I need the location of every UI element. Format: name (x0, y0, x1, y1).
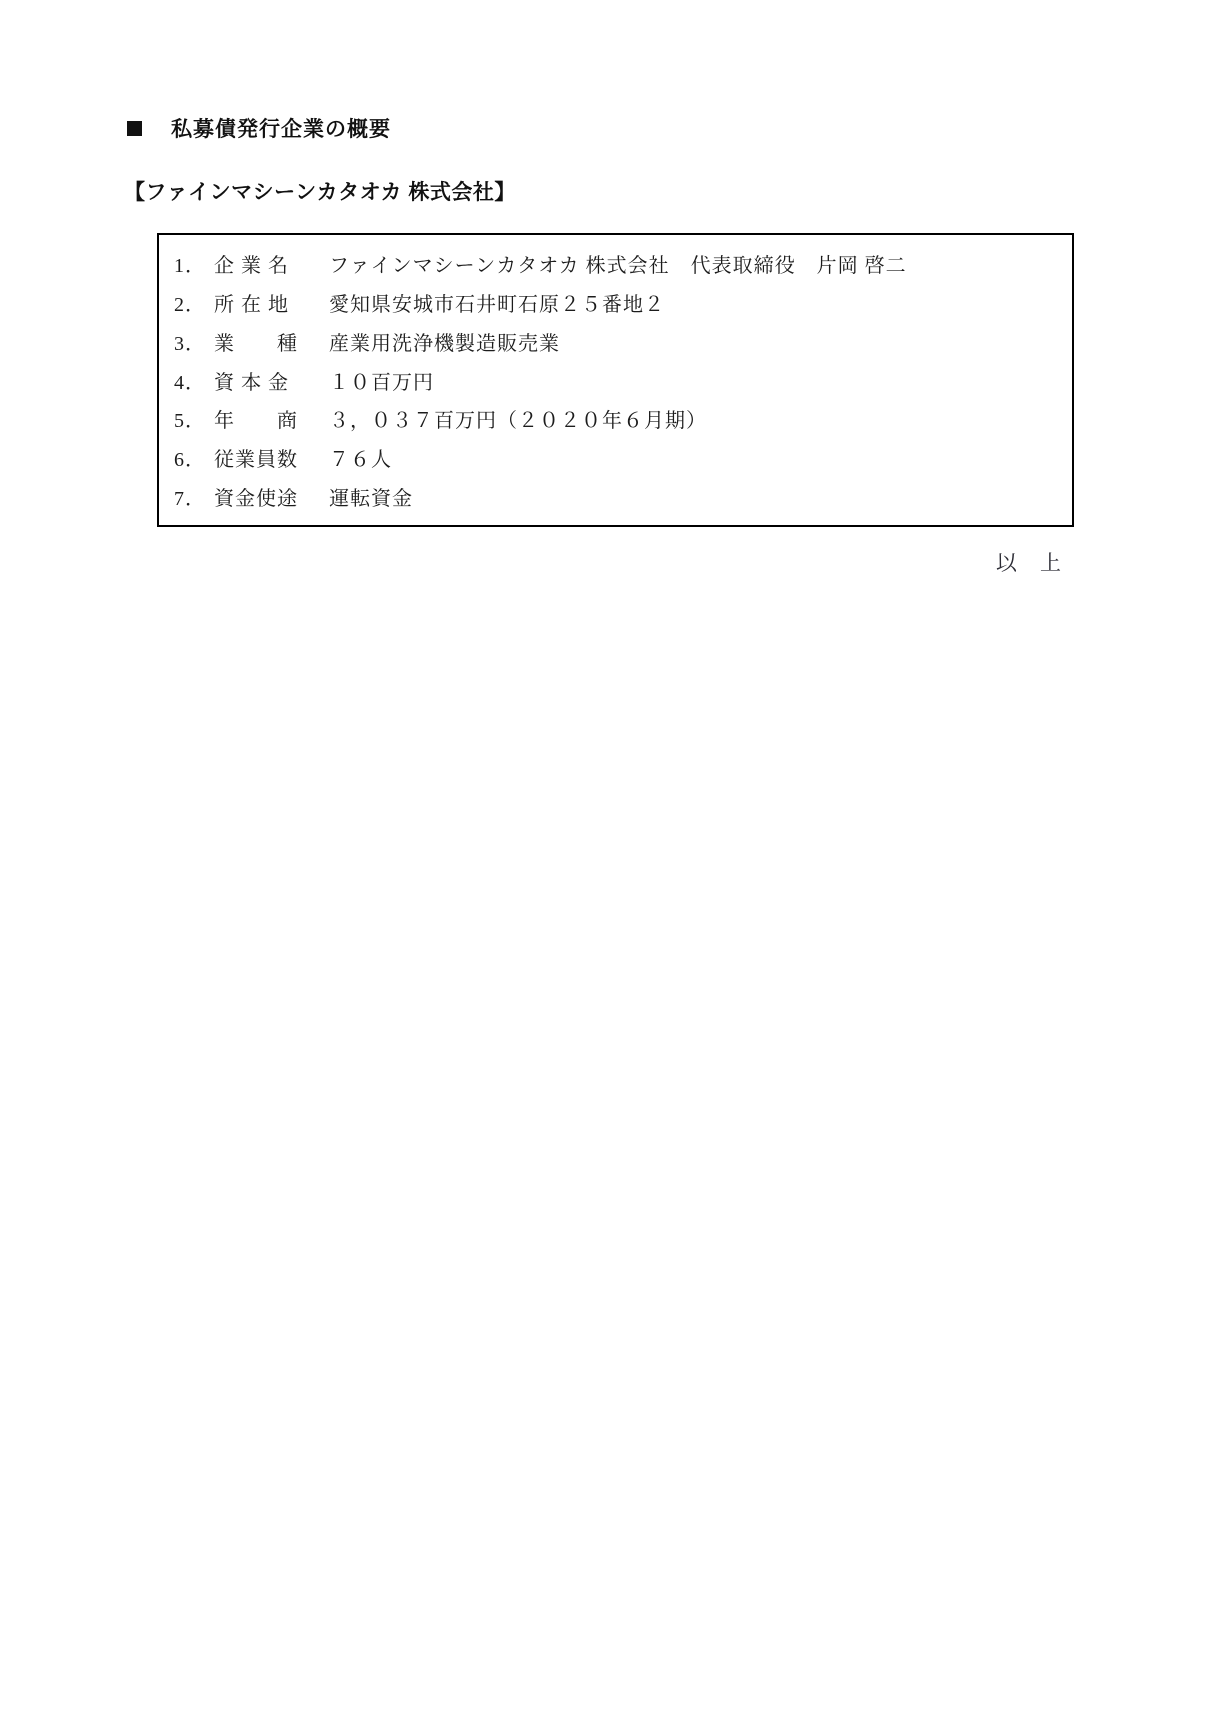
row-label: 所 在 地 (214, 288, 328, 317)
row-number: 5． (174, 404, 214, 433)
table-row: 7． 資金使途 運転資金 (159, 482, 1072, 511)
row-number: 3． (174, 327, 214, 356)
row-label: 資金使途 (214, 482, 328, 511)
table-row: 1． 企 業 名 ファインマシーンカタオカ 株式会社 代表取締役 片岡 啓二 (159, 249, 1072, 278)
row-value: 愛知県安城市石井町石原２５番地２ (329, 288, 1072, 317)
section-heading: 私募債発行企業の概要 (127, 113, 391, 143)
table-row: 3． 業 種 産業用洗浄機製造販売業 (159, 327, 1072, 356)
row-value: 運転資金 (329, 482, 1072, 511)
table-row: 6． 従業員数 ７６人 (159, 443, 1072, 472)
row-number: 4． (174, 366, 214, 395)
table-row: 2． 所 在 地 愛知県安城市石井町石原２５番地２ (159, 288, 1072, 317)
company-info-table: 1． 企 業 名 ファインマシーンカタオカ 株式会社 代表取締役 片岡 啓二 2… (157, 233, 1074, 527)
row-number: 7． (174, 482, 214, 511)
table-row: 4． 資 本 金 １０百万円 (159, 366, 1072, 395)
row-number: 1． (174, 249, 214, 278)
row-label: 業 種 (214, 327, 328, 356)
row-value: ３，０３７百万円（２０２０年６月期） (329, 404, 1072, 433)
row-value: ７６人 (329, 443, 1072, 472)
document-page: 私募債発行企業の概要 【ファインマシーンカタオカ 株式会社】 1． 企 業 名 … (0, 0, 1212, 1717)
row-value: １０百万円 (329, 366, 1072, 395)
table-row: 5． 年 商 ３，０３７百万円（２０２０年６月期） (159, 404, 1072, 433)
row-number: 2． (174, 288, 214, 317)
square-bullet-icon (127, 121, 142, 136)
row-value: 産業用洗浄機製造販売業 (329, 327, 1072, 356)
row-label: 年 商 (214, 404, 328, 433)
row-label: 従業員数 (214, 443, 328, 472)
row-label: 資 本 金 (214, 366, 328, 395)
row-value: ファインマシーンカタオカ 株式会社 代表取締役 片岡 啓二 (329, 249, 1072, 278)
row-label: 企 業 名 (214, 249, 328, 278)
company-title: 【ファインマシーンカタオカ 株式会社】 (124, 176, 516, 206)
row-number: 6． (174, 443, 214, 472)
closing-text: 以 上 (996, 547, 1062, 577)
section-heading-text: 私募債発行企業の概要 (171, 113, 391, 143)
